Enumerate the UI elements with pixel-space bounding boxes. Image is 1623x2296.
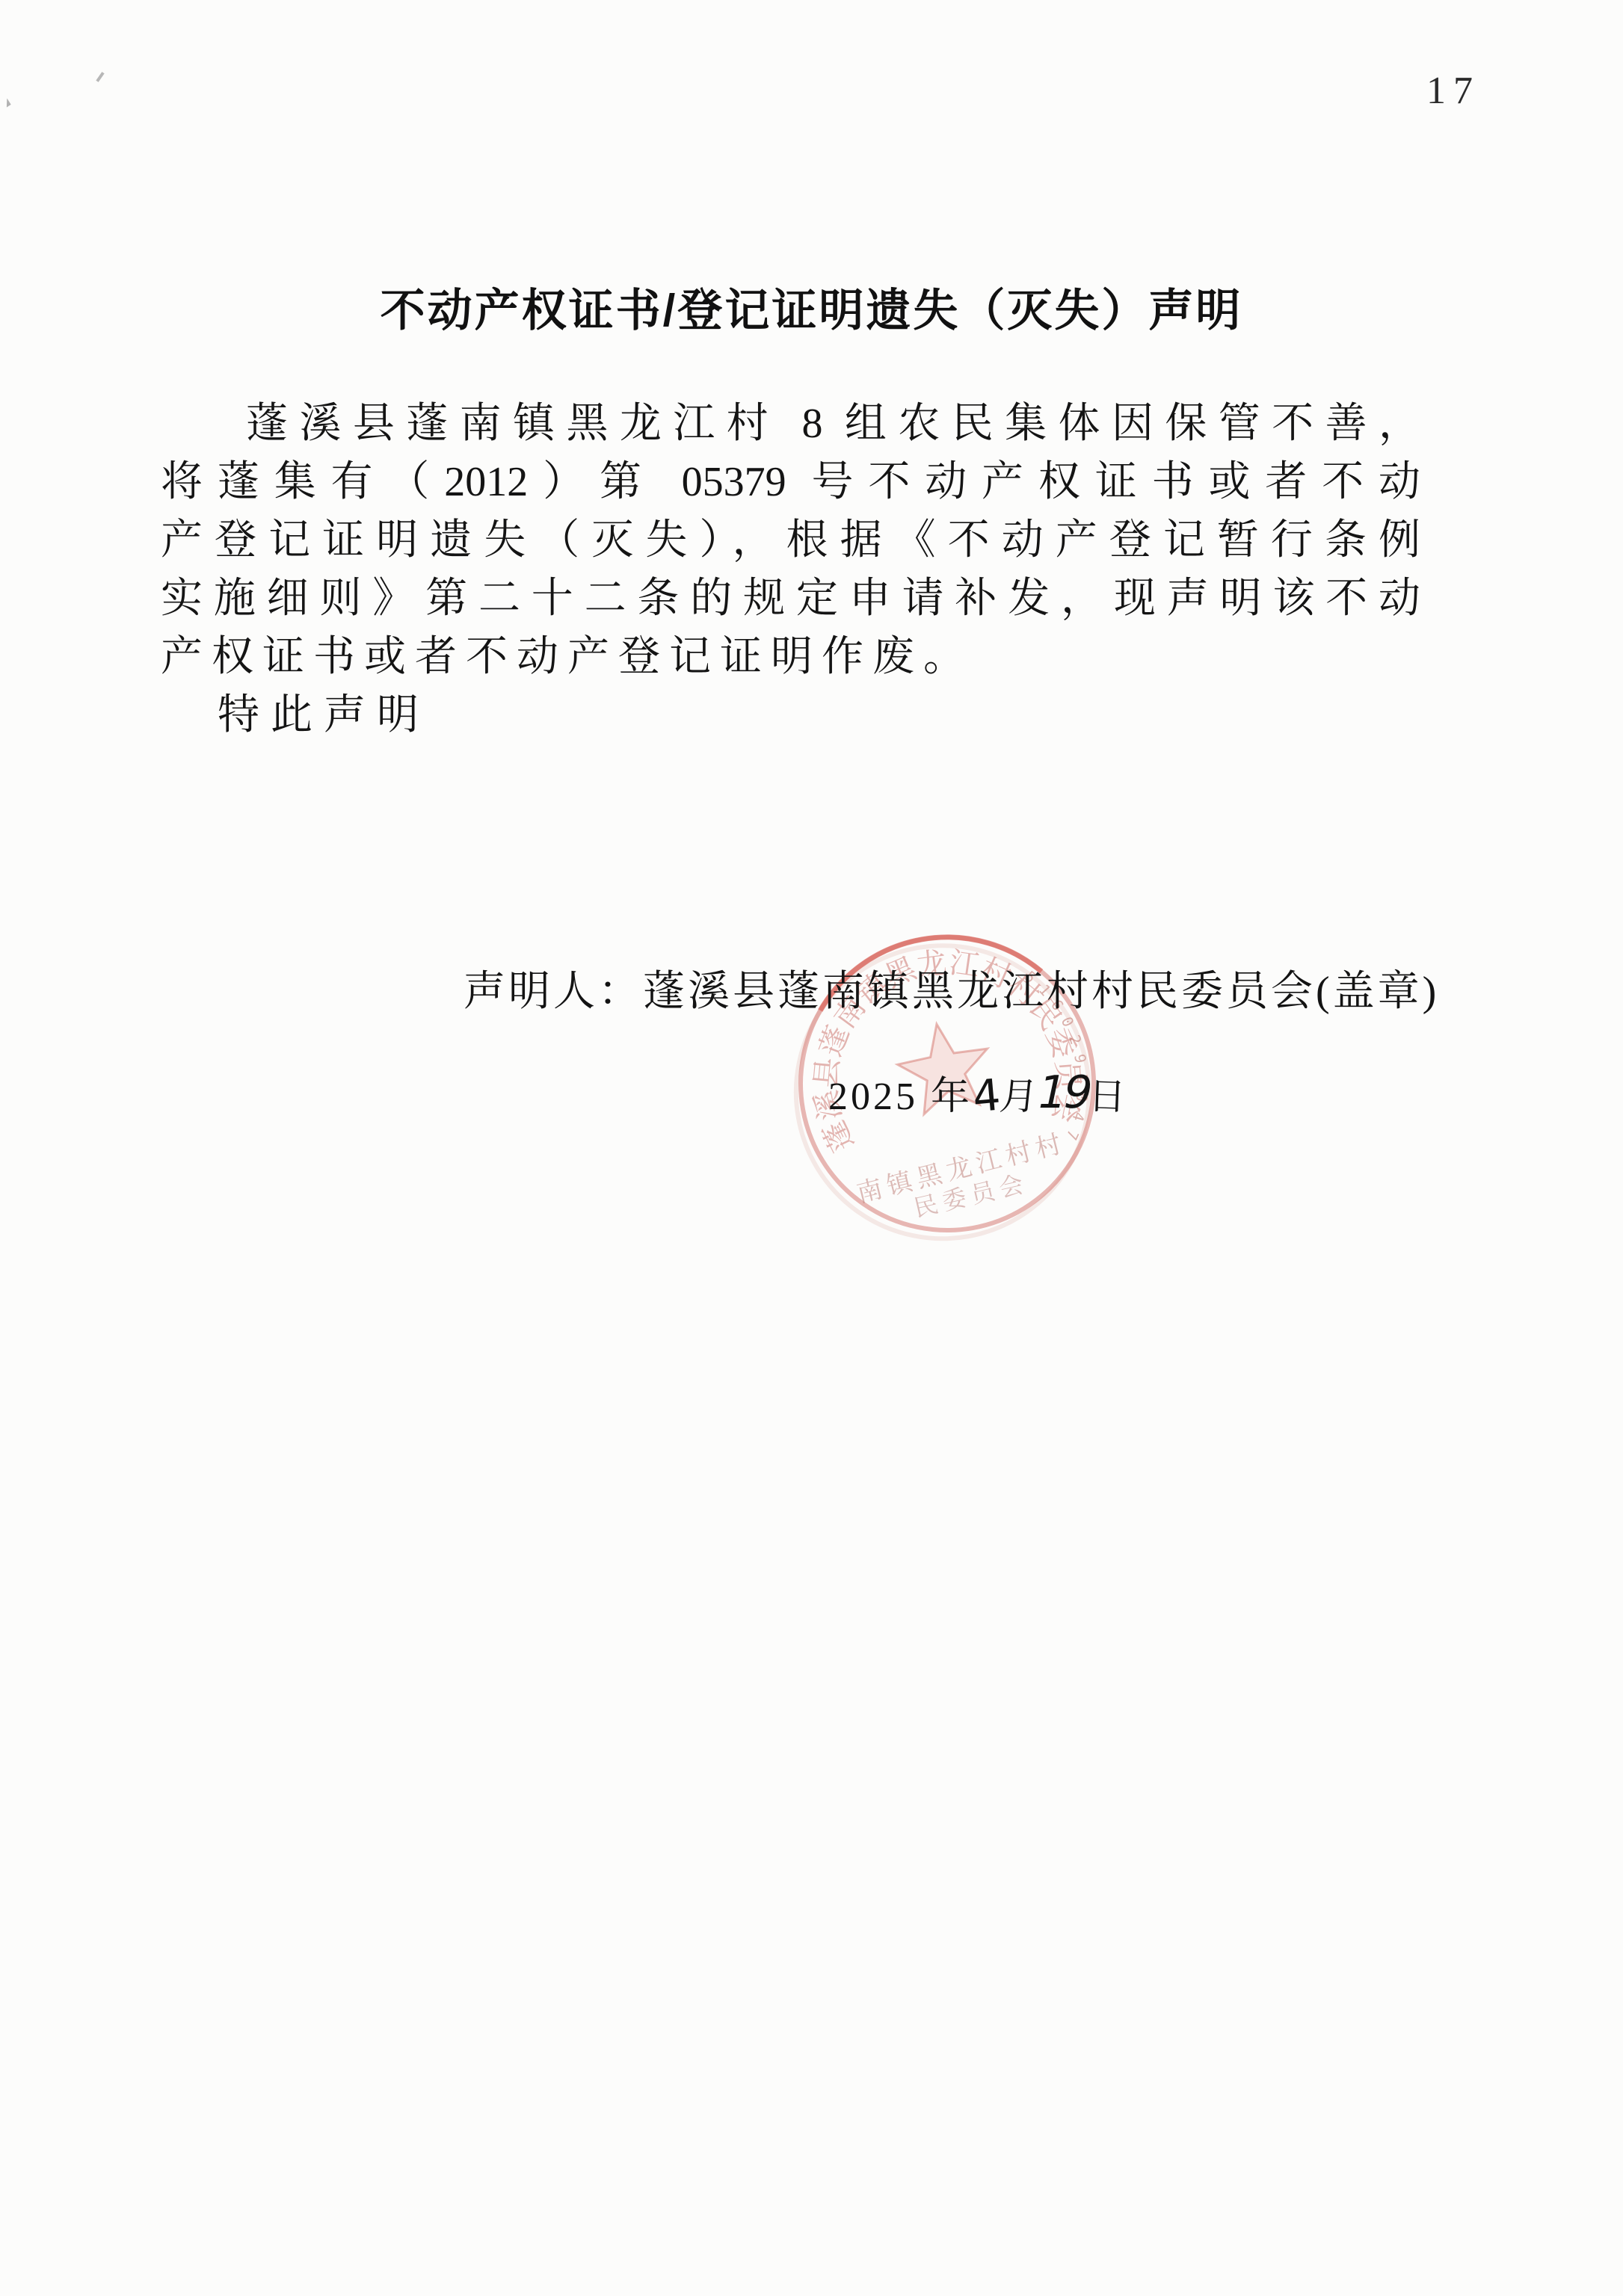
- date-line: 2025 年4月19日: [828, 1064, 1126, 1120]
- date-year: 2025 年: [828, 1076, 973, 1118]
- declarer-label: 声明人：: [464, 969, 643, 1015]
- declaration-paragraph: 蓬溪县蓬南镇黑龙江村 8 组农民集体因保管不善， 将蓬集有（2012）第 053…: [161, 395, 1420, 744]
- date-day-handwritten: 19: [1032, 1067, 1094, 1119]
- document-page: 17 不动产权证书/登记证明遗失（灭失）声明 蓬溪县蓬南镇黑龙江村 8 组农民集…: [0, 0, 1623, 2296]
- paragraph-line: 实施细则》第二十二条的规定申请补发，现声明该不动: [161, 570, 1420, 628]
- page-number: 17: [1426, 69, 1480, 113]
- paragraph-line: 产权证书或者不动产登记证明作废。: [161, 628, 1420, 686]
- declarer-line: 声明人：蓬溪县蓬南镇黑龙江村村民委员会(盖章): [464, 958, 1439, 1018]
- date-day-unit: 日: [1088, 1066, 1127, 1121]
- document-title: 不动产权证书/登记证明遗失（灭失）声明: [0, 275, 1623, 339]
- scan-artifact: [96, 72, 104, 82]
- scan-artifact: [5, 98, 12, 108]
- paragraph-line: 产登记证明遗失（灭失），根据《不动产登记暂行条例: [161, 511, 1420, 570]
- closing-statement: 特此声明: [161, 686, 1420, 744]
- paragraph-line: 蓬溪县蓬南镇黑龙江村 8 组农民集体因保管不善，: [161, 395, 1420, 453]
- paragraph-line: 将蓬集有（2012）第 05379 号不动产权证书或者不动: [161, 453, 1420, 511]
- declarer-name: 蓬溪县蓬南镇黑龙江村村民委员会(盖章): [643, 969, 1439, 1015]
